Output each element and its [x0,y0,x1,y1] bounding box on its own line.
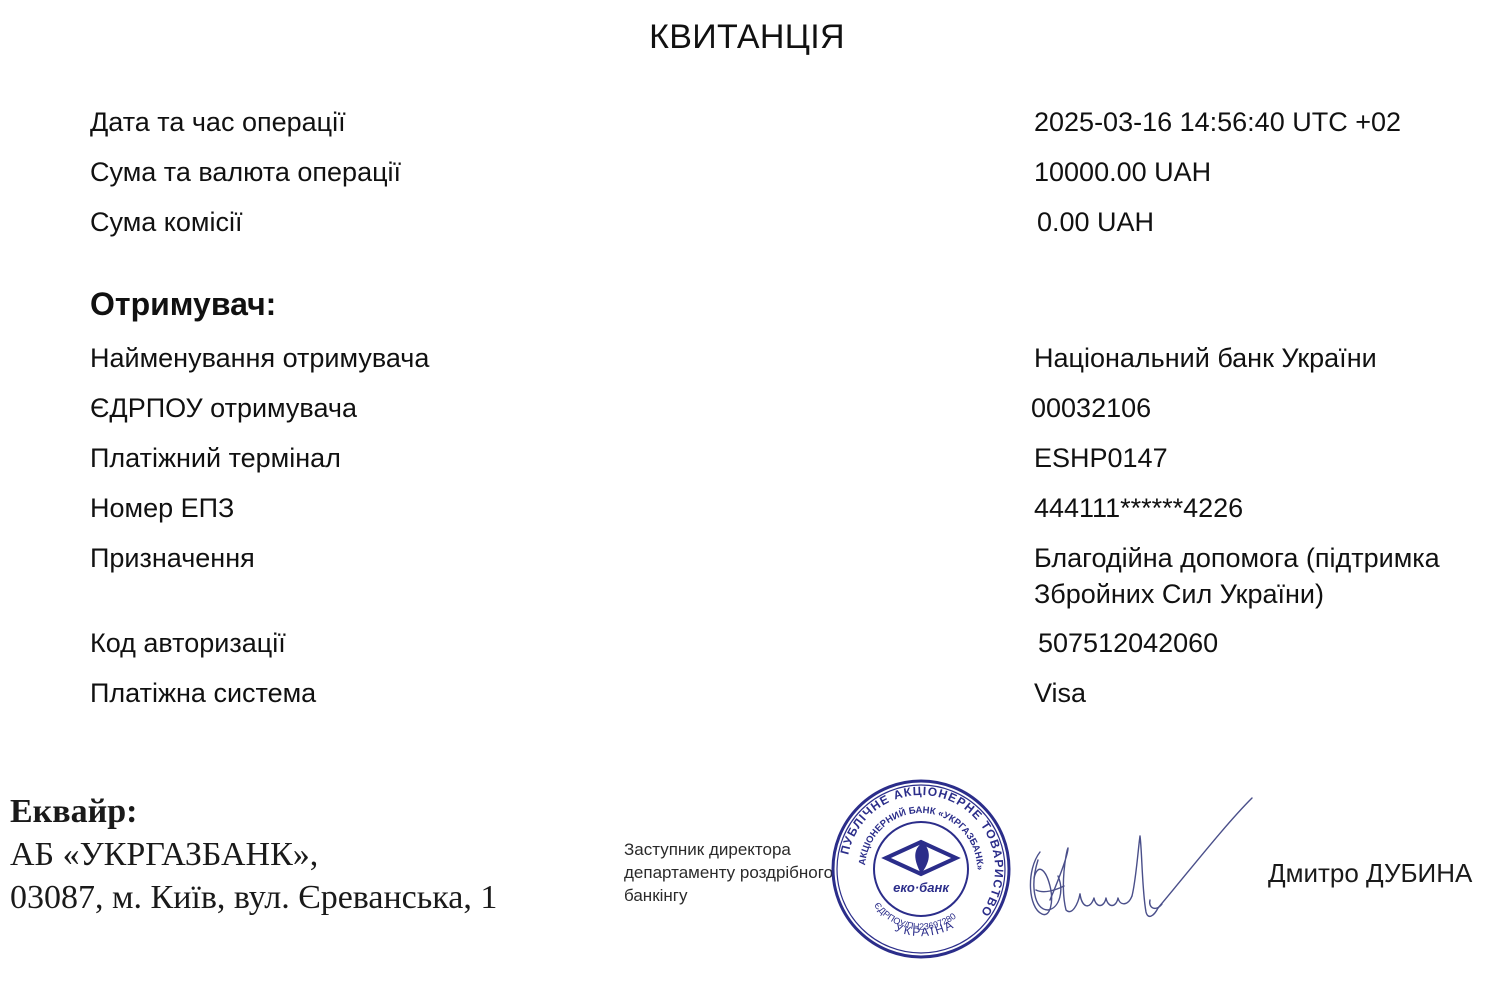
detail-row-fee: Сума комісії 0.00 UAH [0,204,1500,244]
acquirer-address: 03087, м. Київ, вул. Єреванська, 1 [10,876,497,919]
detail-label: Сума комісії [90,204,242,240]
detail-row-card-number: Номер ЕПЗ 444111******4226 [0,490,1500,530]
detail-row-auth-code: Код авторизації 507512042060 [0,625,1500,665]
detail-label: Дата та час операції [90,104,346,140]
detail-label: Платіжний термінал [90,440,341,476]
detail-label: Призначення [90,540,255,576]
detail-value: Національний банк України [1034,340,1377,376]
detail-row-purpose: Призначення Благодійна допомога (підтрим… [0,540,1500,620]
detail-value: 507512042060 [1038,625,1218,661]
detail-value: 10000.00 UAH [1034,154,1211,190]
detail-row-terminal: Платіжний термінал ESHP0147 [0,440,1500,480]
acquirer-block: Еквайр: АБ «УКРГАЗБАНК», 03087, м. Київ,… [10,790,497,919]
detail-label: Код авторизації [90,625,286,661]
acquirer-name: АБ «УКРГАЗБАНК», [10,833,497,876]
signature-icon [1020,790,1270,940]
detail-value: 444111******4226 [1034,490,1243,526]
detail-value: Visa [1034,675,1086,711]
acquirer-title: Еквайр: [10,790,497,833]
recipient-section-title: Отримувач: [90,286,276,323]
detail-label: Сума та валюта операції [90,154,401,190]
detail-value: ESHP0147 [1034,440,1168,476]
receipt-title: КВИТАНЦІЯ [0,18,1494,57]
stamp-logo-text: еко·банк [893,880,950,895]
signatory-position: Заступник директора департаменту роздріб… [624,838,834,907]
detail-label: Найменування отримувача [90,340,429,376]
detail-row-edrpou: ЄДРПОУ отримувача 00032106 [0,390,1500,430]
detail-label: Платіжна система [90,675,316,711]
detail-row-amount: Сума та валюта операції 10000.00 UAH [0,154,1500,194]
detail-value: 0.00 UAH [1037,204,1154,240]
detail-row-datetime: Дата та час операції 2025-03-16 14:56:40… [0,104,1500,144]
bank-stamp-icon: ПУБЛІЧНЕ АКЦІОНЕРНЕ ТОВАРИСТВО АКЦІОНЕРН… [830,778,1012,960]
eye-logo-icon [886,842,956,874]
detail-value: 00032106 [1031,390,1151,426]
detail-row-recipient-name: Найменування отримувача Національний бан… [0,340,1500,380]
detail-value: Благодійна допомога (підтримка Збройних … [1034,540,1500,612]
detail-value: 2025-03-16 14:56:40 UTC +02 [1034,104,1401,140]
signatory-name: Дмитро ДУБИНА [1268,858,1472,889]
detail-label: Номер ЕПЗ [90,490,234,526]
detail-row-payment-system: Платіжна система Visa [0,675,1500,715]
detail-label: ЄДРПОУ отримувача [90,390,357,426]
